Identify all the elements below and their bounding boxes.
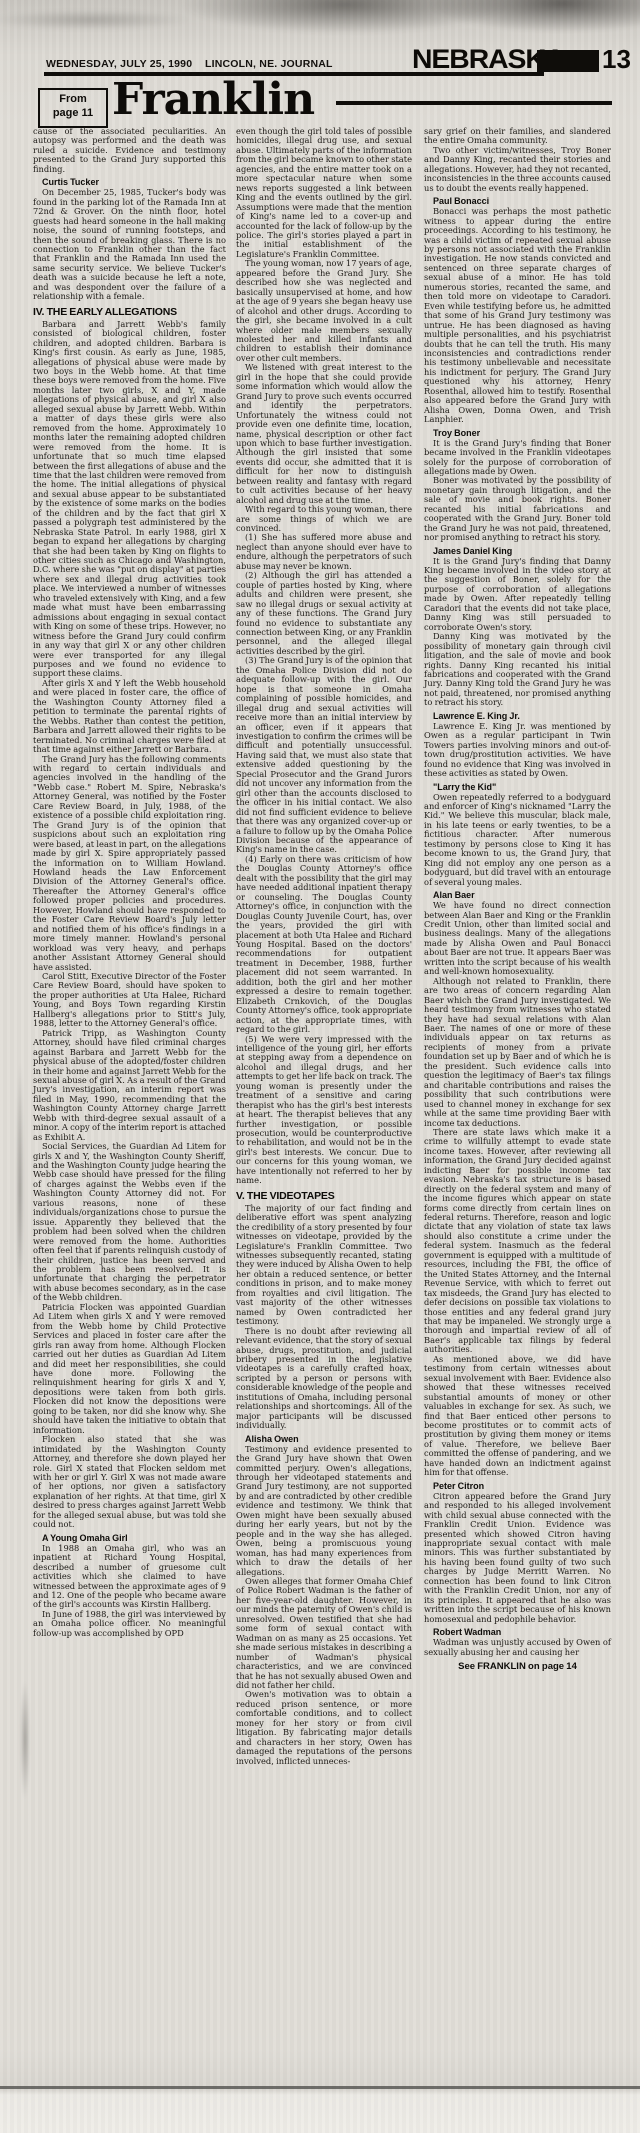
article-paragraph: The Grand Jury has the following comment… <box>33 755 226 972</box>
article-subhead: James Daniel King <box>424 546 611 556</box>
article-paragraph: (5) We were very impressed with the inte… <box>236 1035 412 1186</box>
article-paragraph: We listened with great interest to the g… <box>236 363 412 505</box>
article-paragraph: There is no doubt after reviewing all re… <box>236 1327 412 1431</box>
article-paragraph: Patricia Flocken was appointed Guardian … <box>33 1303 226 1435</box>
article-subhead: Peter Citron <box>424 1481 611 1491</box>
jump-from-box: From page 11 <box>38 88 108 128</box>
section-heading: IV. THE EARLY ALLEGATIONS <box>33 306 226 318</box>
masthead-page-number: 13 <box>602 44 631 75</box>
article-paragraph: (1) She has suffered more abuse and negl… <box>236 533 412 571</box>
article-paragraph: With regard to this young woman, there a… <box>236 505 412 533</box>
article-paragraph: It is the Grand Jury's finding that Dann… <box>424 557 611 633</box>
masthead-date: WEDNESDAY, JULY 25, 1990 <box>46 58 192 70</box>
article-subhead: Alisha Owen <box>236 1434 412 1444</box>
jump-from-line2: page 11 <box>40 106 106 120</box>
article-subhead: Alan Baer <box>424 890 611 900</box>
article-paragraph: We have found no direct connection betwe… <box>424 901 611 977</box>
article-paragraph: even though the girl told tales of possi… <box>236 127 412 259</box>
article-subhead: "Larry the Kid" <box>424 782 611 792</box>
article-paragraph: Social Services, the Guardian Ad Litem f… <box>33 1142 226 1303</box>
continuation-jump-line: See FRANKLIN on page 14 <box>424 1662 611 1671</box>
article-paragraph: Barbara and Jarrett Webb's family consis… <box>33 320 226 679</box>
headline-rule <box>336 101 612 105</box>
article-paragraph: Flocken also stated that she was intimid… <box>33 1435 226 1530</box>
article-paragraph: As mentioned above, we did have testimon… <box>424 1355 611 1478</box>
article-column-1: cause of the associated peculiarities. A… <box>33 127 226 1638</box>
article-paragraph: Carol Stitt, Executive Director of the F… <box>33 972 226 1029</box>
scan-smudge <box>430 0 640 32</box>
article-subhead: A Young Omaha Girl <box>33 1533 226 1543</box>
article-paragraph: (2) Although the girl has attended a cou… <box>236 571 412 656</box>
scan-smudge <box>180 0 510 34</box>
article-paragraph: The young woman, now 17 years of age, ap… <box>236 259 412 363</box>
article-paragraph: Lawrence E. King Jr. was mentioned by Ow… <box>424 722 611 779</box>
article-subhead: Paul Bonacci <box>424 196 611 206</box>
article-paragraph: Owen alleges that former Omaha Chief of … <box>236 1577 412 1690</box>
article-paragraph: In 1988 an Omaha girl, who was an inpati… <box>33 1544 226 1610</box>
article-subhead: Curtis Tucker <box>33 177 226 187</box>
newspaper-page: WEDNESDAY, JULY 25, 1990 LINCOLN, NE. JO… <box>0 0 640 2133</box>
article-subhead: Lawrence E. King Jr. <box>424 711 611 721</box>
article-paragraph: Wadman was unjustly accused by Owen of s… <box>424 1638 611 1657</box>
article-paragraph: Owen repeatedly referred to a bodyguard … <box>424 793 611 888</box>
article-paragraph: On December 25, 1985, Tucker's body was … <box>33 188 226 301</box>
article-paragraph: Testimony and evidence presented to the … <box>236 1445 412 1577</box>
article-paragraph: Although not related to Franklin, there … <box>424 977 611 1128</box>
article-headline: Franklin <box>112 74 314 125</box>
masthead-paper-name: LINCOLN, NE. JOURNAL <box>205 58 333 70</box>
article-subhead: Troy Boner <box>424 428 611 438</box>
article-paragraph: After girls X and Y left the Webb househ… <box>33 679 226 755</box>
scan-smudge <box>20 1680 30 1800</box>
scan-smudge <box>16 1060 24 1320</box>
article-paragraph: Boner was motivated by the possibility o… <box>424 476 611 542</box>
article-column-3: sary grief on their families, and slande… <box>424 127 611 1671</box>
masthead-black-bar <box>537 50 599 72</box>
article-paragraph: There are state laws which make it a cri… <box>424 1128 611 1355</box>
article-paragraph: Owen's motivation was to obtain a reduce… <box>236 1690 412 1766</box>
scan-smudge <box>0 10 190 30</box>
article-paragraph: Danny King was motivated by the possibil… <box>424 632 611 708</box>
article-paragraph: Citron appeared before the Grand Jury an… <box>424 1492 611 1624</box>
article-column-2: even though the girl told tales of possi… <box>236 127 412 1766</box>
article-paragraph: In June of 1988, the girl was interviewe… <box>33 1610 226 1638</box>
article-paragraph: (3) The Grand Jury is of the opinion tha… <box>236 656 412 855</box>
article-paragraph: Patrick Tripp, as Washington County Atto… <box>33 1029 226 1142</box>
jump-from-line1: From <box>40 92 106 106</box>
section-heading: V. THE VIDEOTAPES <box>236 1190 412 1202</box>
article-paragraph: cause of the associated peculiarities. A… <box>33 127 226 174</box>
article-paragraph: Two other victim/witnesses, Troy Boner a… <box>424 146 611 193</box>
article-paragraph: Bonacci was perhaps the most pathetic wi… <box>424 207 611 424</box>
article-paragraph: sary grief on their families, and slande… <box>424 127 611 146</box>
article-paragraph: (4) Early on there was criticism of how … <box>236 855 412 1035</box>
article-subhead: Robert Wadman <box>424 1627 611 1637</box>
article-paragraph: The majority of our fact finding and del… <box>236 1204 412 1327</box>
page-bottom-rule <box>0 2086 640 2089</box>
article-paragraph: It is the Grand Jury's finding that Bone… <box>424 439 611 477</box>
